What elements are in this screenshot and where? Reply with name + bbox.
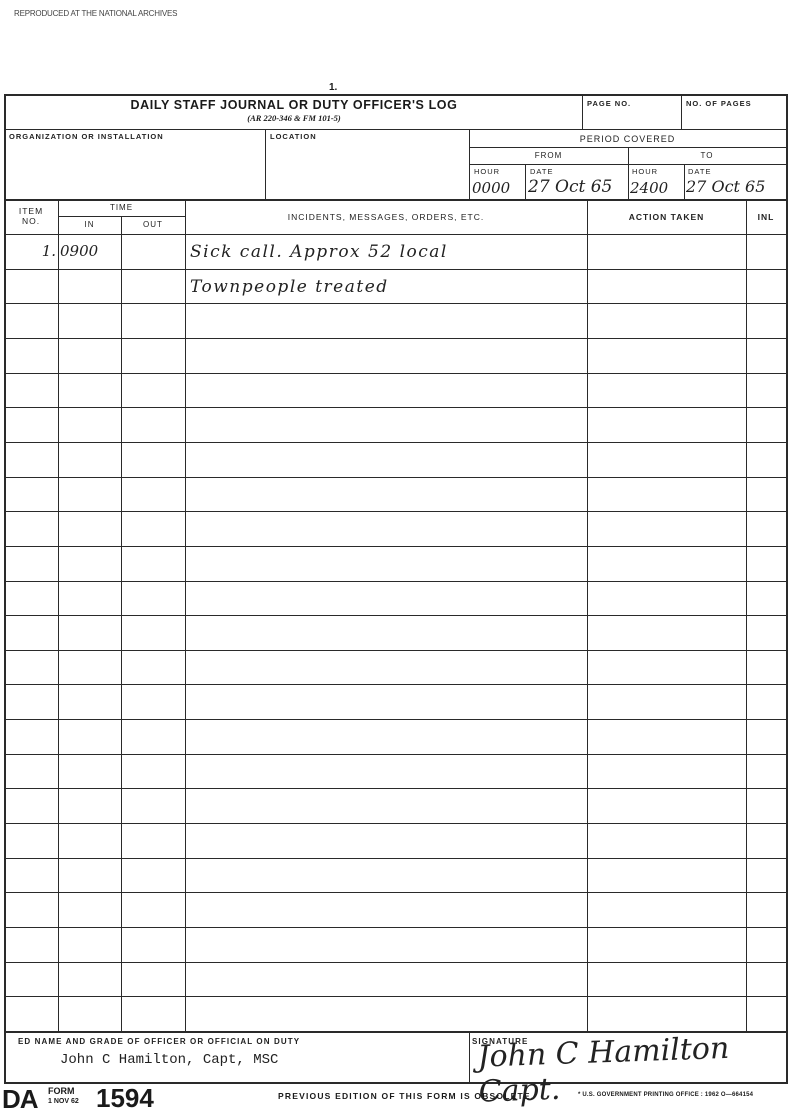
cell-in[interactable] — [60, 554, 120, 579]
cell-in[interactable] — [60, 727, 120, 752]
item-no-header: ITEMNO. — [4, 206, 58, 226]
cell-in[interactable] — [60, 277, 120, 302]
cell-in[interactable] — [60, 866, 120, 891]
page-no-field[interactable] — [584, 110, 680, 128]
cell-item[interactable] — [6, 658, 56, 683]
cell-action[interactable] — [590, 692, 744, 717]
cell-in[interactable] — [60, 485, 120, 510]
cell-item[interactable] — [6, 831, 56, 856]
cell-inl[interactable] — [748, 658, 784, 683]
page-no-label: PAGE NO. — [587, 99, 631, 108]
incidents-header: INCIDENTS, MESSAGES, ORDERS, ETC. — [185, 212, 587, 222]
cell-item[interactable] — [6, 485, 56, 510]
cell-action[interactable] — [590, 831, 744, 856]
cell-inl[interactable] — [748, 554, 784, 579]
cell-inl[interactable] — [748, 831, 784, 856]
gpo-notice: * U.S. GOVERNMENT PRINTING OFFICE : 1962… — [578, 1092, 753, 1098]
cell-incident[interactable] — [190, 346, 584, 371]
cell-out[interactable] — [123, 900, 183, 925]
from-hour-label: HOUR — [474, 167, 500, 176]
from-date-label: DATE — [530, 167, 553, 176]
cell-action[interactable] — [590, 727, 744, 752]
cell-item[interactable] — [6, 381, 56, 406]
cell-in[interactable]: 0900 — [60, 242, 120, 267]
time-out-header: OUT — [121, 220, 185, 229]
cell-incident[interactable] — [190, 796, 584, 821]
cell-inl[interactable] — [748, 415, 784, 440]
cell-action[interactable] — [590, 450, 744, 475]
cell-out[interactable] — [123, 554, 183, 579]
cell-inl[interactable] — [748, 242, 784, 267]
cell-action[interactable] — [590, 242, 744, 267]
cell-incident[interactable] — [190, 831, 584, 856]
cell-out[interactable] — [123, 346, 183, 371]
cell-action[interactable] — [590, 623, 744, 648]
cell-item[interactable] — [6, 935, 56, 960]
cell-incident[interactable] — [190, 658, 584, 683]
cell-inl[interactable] — [748, 1004, 784, 1029]
cell-item[interactable] — [6, 692, 56, 717]
cell-action[interactable] — [590, 554, 744, 579]
cell-item[interactable] — [6, 623, 56, 648]
cell-out[interactable] — [123, 658, 183, 683]
from-hour-field[interactable]: 0000 — [472, 179, 510, 197]
cell-in[interactable] — [60, 970, 120, 995]
to-date-label: DATE — [688, 167, 711, 176]
cell-item[interactable] — [6, 1004, 56, 1029]
form-subtitle: (AR 220-346 & FM 101-5) — [6, 113, 582, 123]
cell-incident[interactable] — [190, 311, 584, 336]
location-field[interactable] — [268, 143, 467, 197]
from-date-field[interactable]: 27 Oct 65 — [528, 177, 612, 197]
cell-out[interactable] — [123, 311, 183, 336]
cell-inl[interactable] — [748, 623, 784, 648]
cell-inl[interactable] — [748, 277, 784, 302]
cell-incident[interactable] — [190, 485, 584, 510]
cell-inl[interactable] — [748, 485, 784, 510]
cell-action[interactable] — [590, 970, 744, 995]
cell-incident[interactable]: Sick call. Approx 52 local — [190, 242, 584, 267]
cell-incident[interactable] — [190, 866, 584, 891]
cell-item[interactable] — [6, 311, 56, 336]
cell-in[interactable] — [60, 381, 120, 406]
cell-inl[interactable] — [748, 866, 784, 891]
location-label: LOCATION — [270, 132, 317, 141]
cell-in[interactable] — [60, 692, 120, 717]
cell-out[interactable] — [123, 692, 183, 717]
cell-inl[interactable] — [748, 519, 784, 544]
time-in-header: IN — [58, 220, 121, 229]
cell-out[interactable] — [123, 381, 183, 406]
cell-incident[interactable] — [190, 727, 584, 752]
cell-out[interactable] — [123, 796, 183, 821]
cell-inl[interactable] — [748, 589, 784, 614]
cell-out[interactable] — [123, 970, 183, 995]
officer-name-field[interactable]: John C Hamilton, Capt, MSC — [60, 1052, 278, 1068]
cell-in[interactable] — [60, 415, 120, 440]
cell-item[interactable] — [6, 519, 56, 544]
cell-item[interactable] — [6, 796, 56, 821]
cell-action[interactable] — [590, 900, 744, 925]
cell-in[interactable] — [60, 450, 120, 475]
cell-item[interactable] — [6, 277, 56, 302]
cell-incident[interactable] — [190, 935, 584, 960]
cell-incident[interactable] — [190, 554, 584, 579]
cell-out[interactable] — [123, 935, 183, 960]
cell-item[interactable] — [6, 415, 56, 440]
cell-item[interactable] — [6, 970, 56, 995]
cell-inl[interactable] — [748, 796, 784, 821]
cell-out[interactable] — [123, 831, 183, 856]
cell-action[interactable] — [590, 311, 744, 336]
cell-out[interactable] — [123, 762, 183, 787]
cell-incident[interactable] — [190, 381, 584, 406]
cell-item[interactable] — [6, 589, 56, 614]
inl-header: INL — [746, 212, 786, 222]
cell-item[interactable] — [6, 866, 56, 891]
to-date-field[interactable]: 27 Oct 65 — [686, 177, 765, 196]
cell-item[interactable] — [6, 554, 56, 579]
form-prefix: DA — [2, 1084, 38, 1115]
cell-action[interactable] — [590, 935, 744, 960]
cell-incident[interactable] — [190, 415, 584, 440]
cell-in[interactable] — [60, 658, 120, 683]
previous-edition-notice: PREVIOUS EDITION OF THIS FORM IS OBSOLET… — [278, 1091, 534, 1101]
cell-inl[interactable] — [748, 311, 784, 336]
cell-incident[interactable] — [190, 970, 584, 995]
cell-out[interactable] — [123, 485, 183, 510]
cell-inl[interactable] — [748, 381, 784, 406]
cell-action[interactable] — [590, 485, 744, 510]
cell-action[interactable] — [590, 381, 744, 406]
cell-action[interactable] — [590, 1004, 744, 1029]
cell-inl[interactable] — [748, 450, 784, 475]
cell-out[interactable] — [123, 866, 183, 891]
cell-in[interactable] — [60, 1004, 120, 1029]
cell-action[interactable] — [590, 796, 744, 821]
action-taken-header: ACTION TAKEN — [587, 212, 746, 222]
cell-in[interactable] — [60, 623, 120, 648]
cell-out[interactable] — [123, 1004, 183, 1029]
cell-out[interactable] — [123, 623, 183, 648]
cell-incident[interactable] — [190, 623, 584, 648]
cell-out[interactable] — [123, 727, 183, 752]
cell-in[interactable] — [60, 831, 120, 856]
cell-in[interactable] — [60, 762, 120, 787]
no-of-pages-label: NO. OF PAGES — [686, 99, 752, 108]
officer-label: ED NAME AND GRADE OF OFFICER OR OFFICIAL… — [18, 1037, 300, 1046]
cell-inl[interactable] — [748, 970, 784, 995]
cell-action[interactable] — [590, 866, 744, 891]
cell-out[interactable] — [123, 242, 183, 267]
time-header: TIME — [58, 203, 185, 212]
cell-in[interactable] — [60, 900, 120, 925]
cell-out[interactable] — [123, 415, 183, 440]
cell-action[interactable] — [590, 519, 744, 544]
cell-action[interactable] — [590, 762, 744, 787]
cell-inl[interactable] — [748, 346, 784, 371]
cell-item[interactable] — [6, 900, 56, 925]
cell-item[interactable] — [6, 346, 56, 371]
cell-in[interactable] — [60, 311, 120, 336]
cell-inl[interactable] — [748, 727, 784, 752]
cell-item[interactable] — [6, 762, 56, 787]
cell-in[interactable] — [60, 589, 120, 614]
form-number: 1594 — [96, 1083, 154, 1114]
organization-label: ORGANIZATION OR INSTALLATION — [9, 132, 164, 141]
page-mark: 1. — [329, 82, 337, 93]
cell-incident[interactable] — [190, 589, 584, 614]
cell-item[interactable]: 1. — [6, 242, 56, 267]
cell-out[interactable] — [123, 589, 183, 614]
cell-in[interactable] — [60, 346, 120, 371]
cell-inl[interactable] — [748, 762, 784, 787]
cell-incident[interactable] — [190, 900, 584, 925]
cell-action[interactable] — [590, 346, 744, 371]
archive-stamp: REPRODUCED AT THE NATIONAL ARCHIVES — [14, 9, 177, 18]
cell-incident[interactable] — [190, 1004, 584, 1029]
period-covered-label: PERIOD COVERED — [469, 134, 786, 144]
cell-out[interactable] — [123, 277, 183, 302]
cell-inl[interactable] — [748, 900, 784, 925]
cell-in[interactable] — [60, 519, 120, 544]
cell-out[interactable] — [123, 519, 183, 544]
cell-incident[interactable] — [190, 519, 584, 544]
form-title: DAILY STAFF JOURNAL OR DUTY OFFICER'S LO… — [6, 98, 582, 112]
cell-incident[interactable]: Townpeople treated — [190, 277, 584, 302]
organization-field[interactable] — [8, 143, 263, 197]
cell-incident[interactable] — [190, 450, 584, 475]
cell-item[interactable] — [6, 727, 56, 752]
cell-action[interactable] — [590, 658, 744, 683]
cell-out[interactable] — [123, 450, 183, 475]
cell-inl[interactable] — [748, 935, 784, 960]
cell-incident[interactable] — [190, 762, 584, 787]
cell-action[interactable] — [590, 415, 744, 440]
no-of-pages-field[interactable] — [683, 110, 785, 128]
cell-in[interactable] — [60, 796, 120, 821]
cell-action[interactable] — [590, 277, 744, 302]
cell-in[interactable] — [60, 935, 120, 960]
form-edition: FORM1 NOV 62 — [48, 1087, 79, 1106]
to-label: TO — [628, 151, 786, 160]
from-label: FROM — [469, 151, 628, 160]
cell-action[interactable] — [590, 589, 744, 614]
to-hour-field[interactable]: 2400 — [630, 179, 668, 197]
cell-inl[interactable] — [748, 692, 784, 717]
cell-incident[interactable] — [190, 692, 584, 717]
cell-item[interactable] — [6, 450, 56, 475]
to-hour-label: HOUR — [632, 167, 658, 176]
